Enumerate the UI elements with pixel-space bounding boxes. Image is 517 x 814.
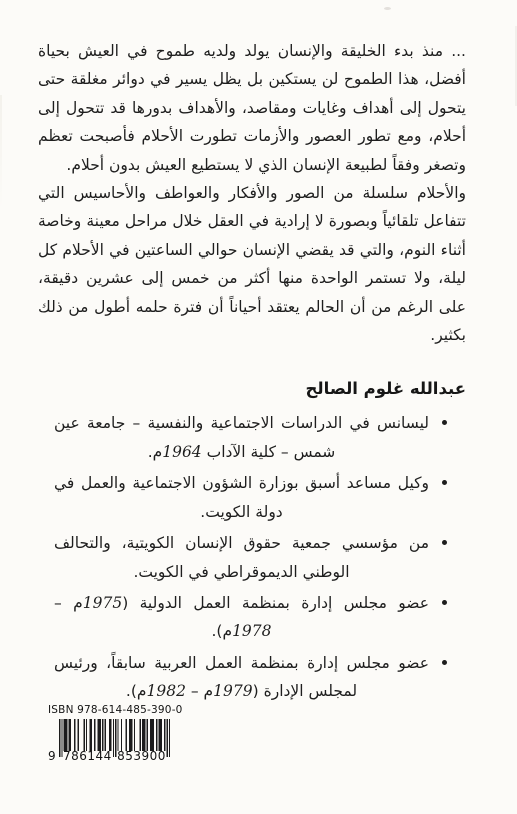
bio-item-text: وكيل مساعد أسبق بوزارة الشؤون الاجتماعية… <box>54 469 429 526</box>
bullet-dot-icon <box>442 480 447 485</box>
scan-artifact <box>0 95 2 210</box>
barcode-digit-group-2: 853900 <box>117 750 166 763</box>
bio-list-item: عضو مجلس إدارة بمنظمة العمل الدولية (197… <box>54 589 466 646</box>
barcode-area: 9 786144 853900 <box>59 719 170 761</box>
bullet-dot-icon <box>442 420 447 425</box>
bio-list-item: وكيل مساعد أسبق بوزارة الشؤون الاجتماعية… <box>54 469 466 526</box>
bio-item-text: ليسانس في الدراسات الاجتماعية والنفسية –… <box>54 409 429 466</box>
book-back-cover: ... منذ بدء الخليقة والإنسان يولد ولديه … <box>0 0 517 814</box>
bio-item-text: عضو مجلس إدارة بمنظمة العمل الدولية (197… <box>54 589 429 646</box>
synopsis: ... منذ بدء الخليقة والإنسان يولد ولديه … <box>38 37 466 349</box>
bio-list-item: ليسانس في الدراسات الاجتماعية والنفسية –… <box>54 409 466 466</box>
synopsis-paragraph-2: والأحلام سلسلة من الصور والأفكار والعواط… <box>38 179 466 349</box>
isbn-label: ISBN 978-614-485-390-0 <box>48 704 183 717</box>
bullet-dot-icon <box>442 660 447 665</box>
isbn-block: ISBN 978-614-485-390-0 9 786144 853900 <box>48 704 183 761</box>
bio-item-text: عضو مجلس إدارة بمنظمة العمل العربية سابق… <box>54 649 429 706</box>
barcode-digit-group-1: 786144 <box>63 750 111 763</box>
bullet-dot-icon <box>442 600 447 605</box>
bio-list-item: عضو مجلس إدارة بمنظمة العمل العربية سابق… <box>54 649 466 706</box>
author-name: عبدالله غلوم الصالح <box>38 376 466 402</box>
author-bio-list: ليسانس في الدراسات الاجتماعية والنفسية –… <box>54 409 466 705</box>
cover-text-area: ... منذ بدء الخليقة والإنسان يولد ولديه … <box>38 37 466 709</box>
bio-item-text: من مؤسسي جمعية حقوق الإنسان الكويتية، وا… <box>54 529 429 586</box>
synopsis-paragraph-1: ... منذ بدء الخليقة والإنسان يولد ولديه … <box>38 37 466 179</box>
barcode-lead-digit: 9 <box>48 750 56 763</box>
bullet-dot-icon <box>442 540 447 545</box>
scan-artifact <box>384 7 391 10</box>
bio-list-item: من مؤسسي جمعية حقوق الإنسان الكويتية، وا… <box>54 529 466 586</box>
